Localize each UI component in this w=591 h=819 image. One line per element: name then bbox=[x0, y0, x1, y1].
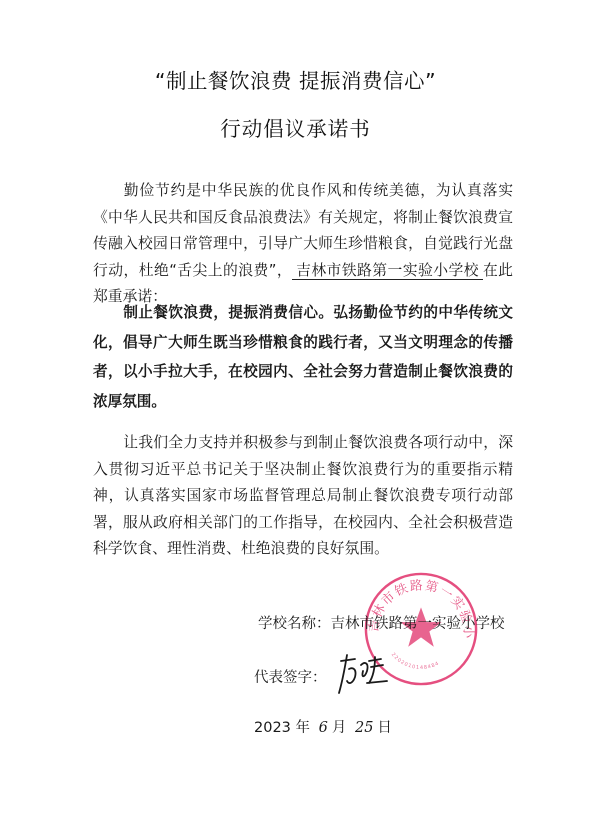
date-day-handwritten: 25 bbox=[351, 720, 377, 736]
school-name-underlined: 吉林市铁路第一实验小学校 bbox=[292, 262, 483, 280]
date-line: 2023 年 6月 25日 bbox=[254, 716, 392, 737]
action-text: 让我们全力支持并积极参与到制止餐饮浪费各项行动中，深入贯彻习近平总书记关于坚决制… bbox=[93, 434, 513, 557]
document-subtitle: 行动倡议承诺书 bbox=[0, 112, 591, 142]
paragraph-action: 让我们全力支持并积极参与到制止餐饮浪费各项行动中，深入贯彻习近平总书记关于坚决制… bbox=[93, 430, 513, 563]
seal-serial: 2202010148484 bbox=[390, 652, 441, 671]
date-month-unit: 月 bbox=[332, 720, 347, 736]
commitment-text: 制止餐饮浪费，提振消费信心。弘扬勤俭节约的中华传统文化，倡导广大师生既当珍惜粮食… bbox=[93, 304, 513, 410]
document-title: “制止餐饮浪费 提振消费信心” bbox=[0, 64, 591, 94]
svg-text:2202010148484: 2202010148484 bbox=[390, 652, 441, 671]
signature-label: 代表签字： bbox=[254, 670, 327, 686]
paragraph-intro: 勤俭节约是中华民族的优良作风和传统美德，为认真落实《中华人民共和国反食品浪费法》… bbox=[93, 178, 513, 311]
school-name-value: 吉林市铁路第一实验小学校 bbox=[331, 616, 505, 632]
date-year: 2023 年 bbox=[254, 720, 310, 736]
date-month-handwritten: 6 bbox=[315, 720, 332, 736]
signature-line: 代表签字： bbox=[254, 666, 327, 687]
school-name-line: 学校名称：吉林市铁路第一实验小学校 bbox=[258, 612, 505, 633]
paragraph-commitment: 制止餐饮浪费，提振消费信心。弘扬勤俭节约的中华传统文化，倡导广大师生既当珍惜粮食… bbox=[93, 298, 513, 416]
handwritten-signature-icon bbox=[335, 651, 395, 697]
date-day-unit: 日 bbox=[377, 720, 392, 736]
school-name-label: 学校名称： bbox=[258, 616, 331, 632]
